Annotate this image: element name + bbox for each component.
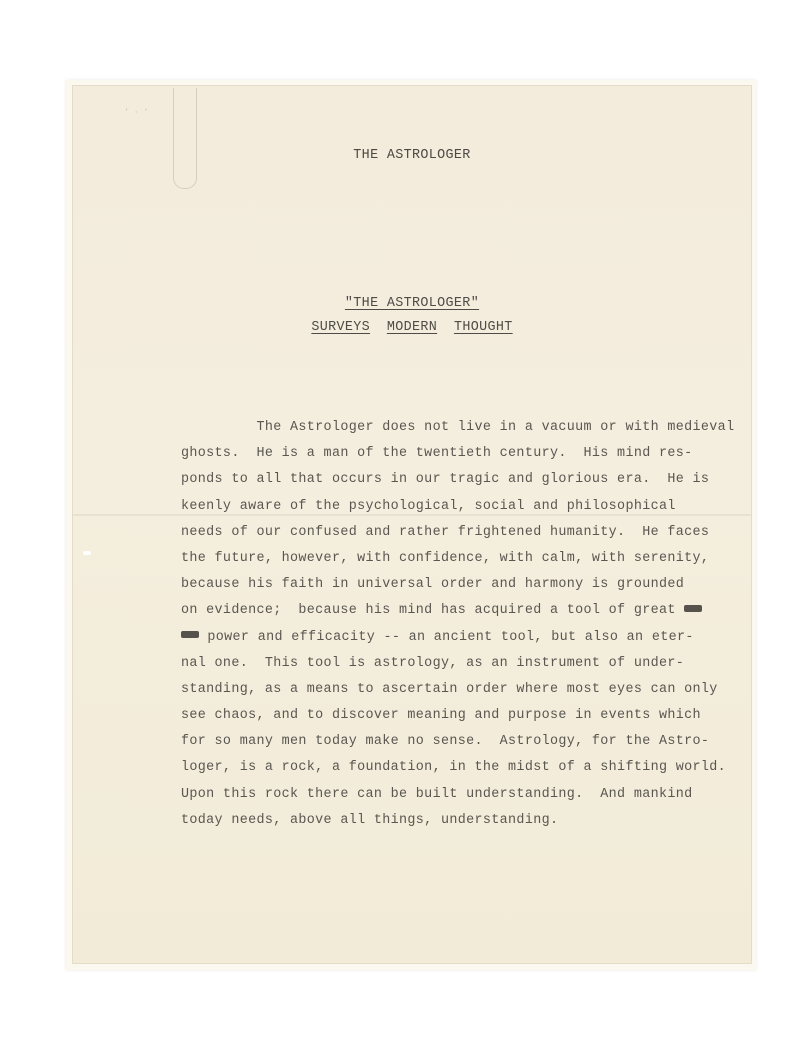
body-line: today needs, above all things, understan… xyxy=(181,808,741,834)
pencil-annotation: ’ ‧ ’ xyxy=(125,108,149,118)
body-line: Upon this rock there can be built unders… xyxy=(181,782,741,808)
section-title-quoted: "THE ASTROLOGER" xyxy=(345,296,479,311)
section-title: "THE ASTROLOGER" SURVEYS MODERN THOUGHT xyxy=(73,292,751,340)
body-line: standing, as a means to ascertain order … xyxy=(181,677,741,703)
section-title-word: MODERN xyxy=(387,320,437,335)
typed-strikeout-mark xyxy=(684,605,702,612)
section-title-line-1: "THE ASTROLOGER" xyxy=(73,292,751,316)
body-line: see chaos, and to discover meaning and p… xyxy=(181,703,741,729)
body-line: ghosts. He is a man of the twentieth cen… xyxy=(181,441,741,467)
paperclip-impression xyxy=(173,88,197,189)
body-line-text: on evidence; because his mind has acquir… xyxy=(181,603,684,618)
body-line-text: power and efficacity -- an ancient tool,… xyxy=(199,630,694,645)
body-line: nal one. This tool is astrology, as an i… xyxy=(181,651,741,677)
body-line: because his faith in universal order and… xyxy=(181,572,741,598)
body-line: loger, is a rock, a foundation, in the m… xyxy=(181,755,741,781)
section-title-word: SURVEYS xyxy=(311,320,370,335)
typewritten-page: ’ ‧ ’ THE ASTROLOGER "THE ASTROLOGER" SU… xyxy=(72,85,752,964)
body-line: keenly aware of the psychological, socia… xyxy=(181,494,741,520)
section-title-line-2: SURVEYS MODERN THOUGHT xyxy=(73,316,751,340)
page-header-title: THE ASTROLOGER xyxy=(73,148,751,163)
body-line: power and efficacity -- an ancient tool,… xyxy=(181,625,741,651)
body-line: on evidence; because his mind has acquir… xyxy=(181,598,741,624)
body-line: needs of our confused and rather frighte… xyxy=(181,520,741,546)
body-line: the future, however, with confidence, wi… xyxy=(181,546,741,572)
body-paragraph: The Astrologer does not live in a vacuum… xyxy=(181,415,741,834)
section-title-word: THOUGHT xyxy=(454,320,513,335)
paper-speck xyxy=(83,551,91,555)
body-line: for so many men today make no sense. Ast… xyxy=(181,729,741,755)
body-line: The Astrologer does not live in a vacuum… xyxy=(181,415,741,441)
typed-strikeout-mark xyxy=(181,631,199,638)
body-line: ponds to all that occurs in our tragic a… xyxy=(181,467,741,493)
